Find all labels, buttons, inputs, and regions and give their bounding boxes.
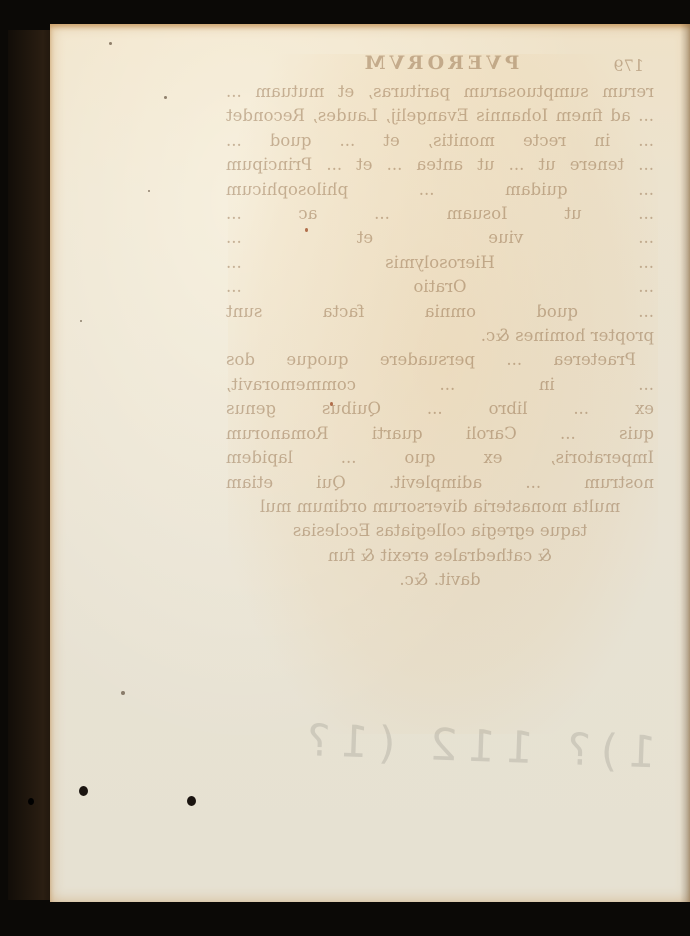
text-line: nostrum ... adimplevit. Qui etiam [226,471,654,495]
text-line: ... Hierosolymis ... [226,251,654,275]
text-line: ... quod omnia facta sunt [226,300,654,324]
text-line: & cathedrales erexit & fun [226,544,654,568]
running-head-title: PVERORVM [361,52,520,74]
text-line: rerum sumptuosarum parituras, et mutuam … [226,80,654,104]
ink-spot [79,786,88,796]
paper-speck [164,96,167,99]
paper-speck [80,320,82,322]
paper-speck [305,228,308,232]
ink-spot [187,796,196,806]
text-line: ex ... libro ... Quibus genus [226,397,654,421]
bleed-through-text: PVERORVM 179 rerum sumptuosarum paritura… [226,52,654,593]
text-line: propter homines &c. [226,324,654,348]
text-line: ... ut Iosuam ... ac ... [226,202,654,226]
text-line: quis ... Caroli quarti Romanorum [226,422,654,446]
folio-number: 179 [613,56,644,75]
paragraph-1: rerum sumptuosarum parituras, et mutuam … [226,80,654,348]
paper-speck [148,190,150,192]
closing-lines: multa monasteria diversorum ordinum mul … [226,495,654,593]
paragraph-2: Praeterea ... persuadere quoque dos ... … [226,348,654,494]
text-line: ... tenere ut ... ut antea ... et ... Pr… [226,153,654,177]
scanned-page-viewport: PVERORVM 179 rerum sumptuosarum paritura… [0,0,690,936]
text-line: ... quidam ... philosophicum [226,178,654,202]
text-line: ... in ... commemoravit, [226,373,654,397]
page-edge-shadow [680,24,690,902]
text-line: Imperatoris, ex quo ... lapidem [226,446,654,470]
paper-speck [109,42,112,45]
paper-speck [121,691,125,695]
paper-speck [330,402,333,406]
running-head: PVERORVM 179 [226,52,654,80]
text-line: ... ad finem Iohannis Evangelij, Laudes,… [226,104,654,128]
text-line: Praeterea ... persuadere quoque dos [226,348,654,372]
text-line: davit. &c. [226,568,654,592]
text-line: taque egregia collegiatas Ecclesias [226,519,654,543]
text-line: multa monasteria diversorum ordinum mul [226,495,654,519]
ink-spot [28,798,34,805]
text-line: ... Oratio ... [226,275,654,299]
text-line: ... viue et ... [226,226,654,250]
text-line: ... in recte monitis, et ... quod ... [226,129,654,153]
